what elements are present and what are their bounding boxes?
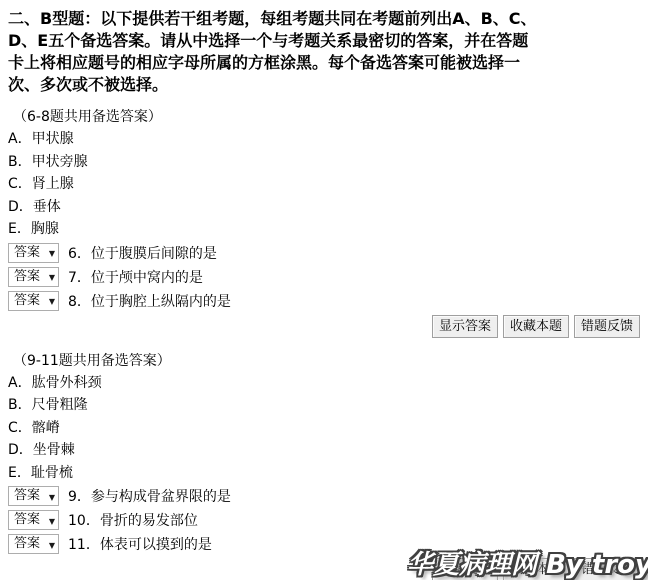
question-row-8: 答案 ▼ 8．位于胸腔上纵隔内的是 [8,289,642,313]
question-row-6: 答案 ▼ 6．位于腹膜后间隙的是 [8,241,642,265]
answer-select-q9[interactable]: 答案 ▼ [8,486,59,506]
chevron-down-icon: ▼ [49,493,55,502]
question-text: 7．位于颅中窝内的是 [68,267,203,287]
question-text: 6．位于腹膜后间隙的是 [68,243,217,263]
answer-select-q11[interactable]: 答案 ▼ [8,534,59,554]
favorite-button[interactable]: 收藏本题 [503,315,569,338]
answer-select-q7[interactable]: 答案 ▼ [8,267,59,287]
question-text: 10．骨折的易发部位 [68,510,198,530]
question-group-9-11: （9-11题共用备选答案） A．肱骨外科颈 B．尺骨粗隆 C．髂嵴 D．坐骨棘 … [8,351,642,580]
options-list: A．肱骨外科颈 B．尺骨粗隆 C．髂嵴 D．坐骨棘 E．耻骨梳 [8,372,642,485]
question-row-7: 答案 ▼ 7．位于颅中窝内的是 [8,265,642,289]
answer-select-q10[interactable]: 答案 ▼ [8,510,59,530]
chevron-down-icon: ▼ [49,273,55,282]
feedback-button[interactable]: 错题反馈 [574,315,640,338]
group-header: （6-8题共用备选答案） [8,107,642,128]
option-item-b: B．尺骨粗隆 [8,394,642,417]
option-item-d: D．垂体 [8,196,642,219]
answer-select-label: 答案 [14,511,49,529]
answer-select-label: 答案 [14,268,49,286]
instructions-line-1: 二、B型题：以下提供若干组考题，每组考题共同在考题前列出A、B、C、 [8,8,642,30]
actions-row: 显示答案 收藏本题 错题反馈 [8,315,642,338]
question-group-6-8: （6-8题共用备选答案） A．甲状腺 B．甲状旁腺 C．肾上腺 D．垂体 E．胸… [8,107,642,338]
answer-select-label: 答案 [14,487,49,505]
exam-page: 二、B型题：以下提供若干组考题，每组考题共同在考题前列出A、B、C、 D、E五个… [0,0,648,580]
option-item-a: A．肱骨外科颈 [8,372,642,395]
question-text: 8．位于胸腔上纵隔内的是 [68,291,231,311]
show-answer-button[interactable]: 显示答案 [432,315,498,338]
answer-select-q6[interactable]: 答案 ▼ [8,243,59,263]
option-item-d: D．坐骨棘 [8,439,642,462]
answer-select-q8[interactable]: 答案 ▼ [8,291,59,311]
question-text: 11．体表可以摸到的是 [68,534,212,554]
option-item-c: C．髂嵴 [8,417,642,440]
question-row-9: 答案 ▼ 9．参与构成骨盆界限的是 [8,484,642,508]
instructions-line-3: 卡上将相应题号的相应字母所属的方框涂黑。每个备选答案可能被选择一 [8,52,642,74]
group-header: （9-11题共用备选答案） [8,351,642,372]
chevron-down-icon: ▼ [49,249,55,258]
chevron-down-icon: ▼ [49,517,55,526]
chevron-down-icon: ▼ [49,541,55,550]
option-item-c: C．肾上腺 [8,173,642,196]
option-item-e: E．耻骨梳 [8,462,642,485]
chevron-down-icon: ▼ [49,297,55,306]
question-row-10: 答案 ▼ 10．骨折的易发部位 [8,508,642,532]
questions-list: 答案 ▼ 9．参与构成骨盆界限的是 答案 ▼ 10．骨折的易发部位 答案 ▼ 1… [8,484,642,556]
questions-list: 答案 ▼ 6．位于腹膜后间隙的是 答案 ▼ 7．位于颅中窝内的是 答案 ▼ 8．… [8,241,642,313]
option-item-e: E．胸腺 [8,218,642,241]
section-instructions: 二、B型题：以下提供若干组考题，每组考题共同在考题前列出A、B、C、 D、E五个… [8,8,642,96]
option-item-b: B．甲状旁腺 [8,151,642,174]
answer-select-label: 答案 [14,244,49,262]
option-item-a: A．甲状腺 [8,128,642,151]
answer-select-label: 答案 [14,535,49,553]
question-text: 9．参与构成骨盆界限的是 [68,486,231,506]
answer-select-label: 答案 [14,292,49,310]
instructions-line-4: 次、多次或不被选择。 [8,74,642,96]
options-list: A．甲状腺 B．甲状旁腺 C．肾上腺 D．垂体 E．胸腺 [8,128,642,241]
watermark: 华夏病理网 By troy [407,550,648,580]
instructions-line-2: D、E五个备选答案。请从中选择一个与考题关系最密切的答案，并在答题 [8,30,642,52]
